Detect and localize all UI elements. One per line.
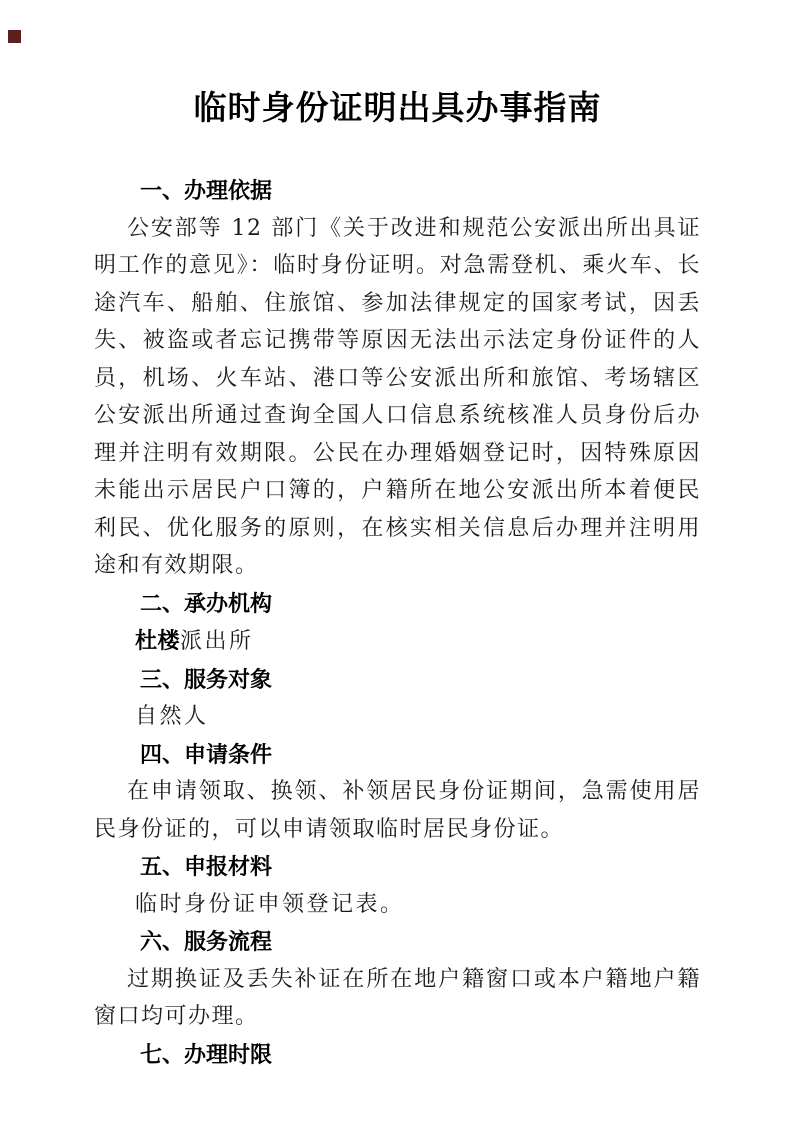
document-title: 临时身份证明出具办事指南	[94, 86, 701, 132]
section-heading-5: 五、申报材料	[94, 848, 701, 886]
document-page: 临时身份证明出具办事指南 一、办理依据 公安部等 12 部门《关于改进和规范公安…	[0, 0, 793, 1122]
agency-line: 杜楼派出所	[94, 622, 701, 661]
section-paragraph-6: 过期换证及丢失补证在所在地户籍窗口或本户籍地户籍窗口均可办理。	[94, 961, 701, 1036]
section-body-3: 自然人	[94, 698, 701, 736]
section-paragraph-4: 在申请领取、换领、补领居民身份证期间，急需使用居民身份证的，可以申请领取临时居民…	[94, 773, 701, 848]
agency-name-bold: 杜楼	[135, 628, 180, 653]
section-heading-4: 四、申请条件	[94, 736, 701, 774]
document-content: 临时身份证明出具办事指南 一、办理依据 公安部等 12 部门《关于改进和规范公安…	[94, 86, 701, 1073]
section-paragraph-1: 公安部等 12 部门《关于改进和规范公安派出所出具证明工作的意见》：临时身份证明…	[94, 210, 701, 585]
section-heading-2: 二、承办机构	[94, 585, 701, 623]
section-body-5: 临时身份证申领登记表。	[94, 886, 701, 924]
section-heading-1: 一、办理依据	[94, 172, 701, 210]
section-heading-3: 三、服务对象	[94, 661, 701, 699]
section-heading-6: 六、服务流程	[94, 923, 701, 961]
corner-mark	[8, 30, 21, 43]
agency-name-rest: 派出所	[180, 629, 254, 654]
section-heading-7: 七、办理时限	[94, 1036, 701, 1074]
